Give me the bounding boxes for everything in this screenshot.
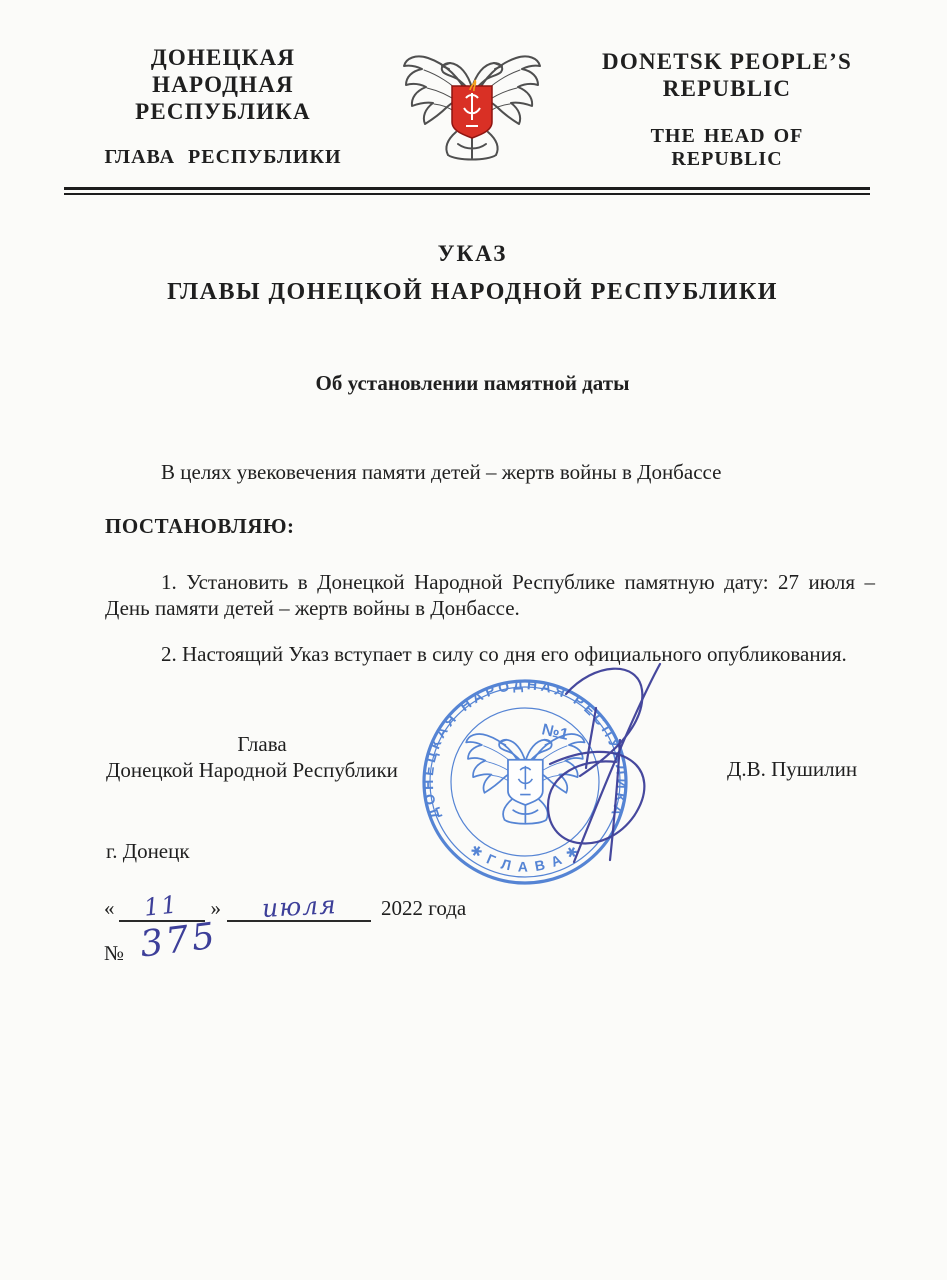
country-name-ru-line2: РЕСПУБЛИКА — [84, 98, 362, 125]
signatory-post-line2: Донецкой Народной Республики — [106, 757, 418, 783]
decree-document-page: ДОНЕЦКАЯ НАРОДНАЯ РЕСПУБЛИКА ГЛАВА РЕСПУ… — [0, 0, 947, 1280]
country-name-en-line2: REPUBLIC — [592, 75, 862, 102]
preamble-paragraph: В целях увековечения памяти детей – жерт… — [105, 459, 875, 485]
header-right-block: DONETSK PEOPLE’S REPUBLIC THE HEAD OF RE… — [592, 48, 862, 171]
authority-name-en: THE HEAD OF REPUBLIC — [592, 125, 862, 171]
city-line: г. Донецк — [106, 839, 190, 864]
year-text: 2022 года — [381, 896, 466, 922]
double-headed-eagle-icon — [398, 36, 546, 170]
header-double-rule — [64, 187, 870, 195]
document-type-title: УКАЗ — [64, 241, 881, 267]
signatory-name: Д.В. Пушилин — [727, 757, 857, 782]
decree-item-1: 1. Установить в Донецкой Народной Респуб… — [105, 569, 875, 621]
signatory-post-block: Глава Донецкой Народной Республики — [106, 731, 418, 783]
handwritten-month: июля — [261, 890, 337, 923]
issuing-authority-title: ГЛАВЫ ДОНЕЦКОЙ НАРОДНОЙ РЕСПУБЛИКИ — [64, 279, 881, 306]
number-sign-label: № — [104, 941, 124, 966]
handwritten-decree-number: 375 — [138, 915, 220, 965]
decree-subject: Об установлении памятной даты — [64, 371, 881, 396]
signatory-post-line1: Глава — [106, 731, 418, 757]
header-left-block: ДОНЕЦКАЯ НАРОДНАЯ РЕСПУБЛИКА ГЛАВА РЕСПУ… — [84, 44, 362, 169]
handwritten-day: 11 — [143, 890, 180, 921]
country-name-ru-line1: ДОНЕЦКАЯ НАРОДНАЯ — [84, 44, 362, 98]
resolve-word: ПОСТАНОВЛЯЮ: — [105, 513, 875, 539]
decree-item-2: 2. Настоящий Указ вступает в силу со дня… — [105, 641, 875, 667]
month-blank-line: июля — [227, 892, 371, 922]
open-quote: « — [104, 896, 119, 922]
authority-name-ru: ГЛАВА РЕСПУБЛИКИ — [84, 146, 362, 169]
date-line: « 11 » июля 2022 года — [104, 892, 466, 922]
country-name-en-line1: DONETSK PEOPLE’S — [592, 48, 862, 75]
signature-ink — [508, 656, 680, 872]
